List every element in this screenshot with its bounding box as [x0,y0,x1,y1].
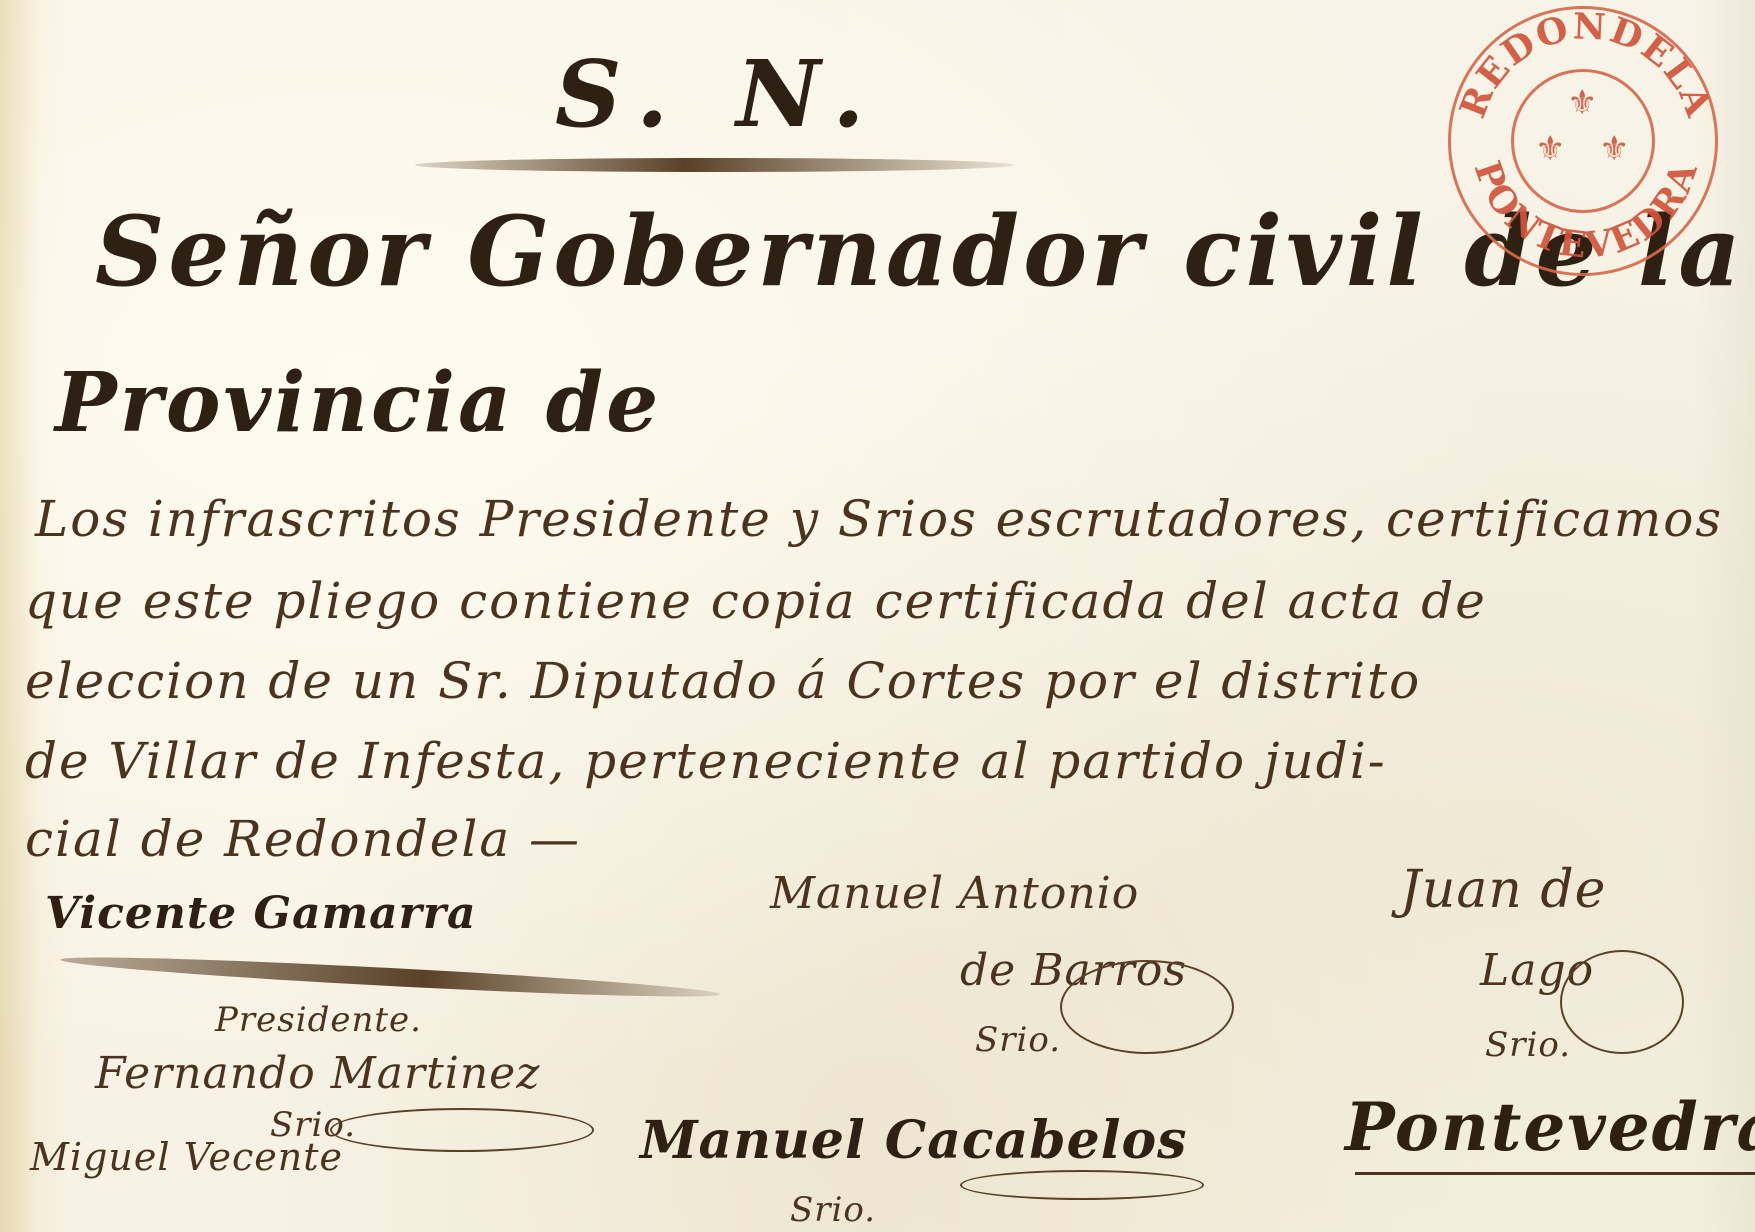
header-underline-flourish [415,158,1015,172]
destination-underline [1355,1172,1755,1175]
body-line-1: Los infrascritos Presidente y Srios escr… [35,490,1723,548]
scallop-shell-icon: ⚜ [1535,129,1565,169]
body-line-5: cial de Redondela — [25,810,581,868]
president-title: Presidente. [215,1000,422,1040]
secretary-3-title: Srio. [975,1020,1061,1060]
signature-flourish [1060,960,1234,1054]
signature-secretary-1: Fernando Martinez [95,1048,540,1099]
signature-president: Vicente Gamarra [45,888,477,939]
body-line-4: de Villar de Infesta, perteneciente al p… [25,732,1387,790]
signature-flourish [960,1170,1204,1200]
header-abbreviation: S. N. [555,40,882,148]
signature-secretary-5: Juan de [1400,860,1606,920]
signature-flourish [330,1108,594,1152]
signature-flourish [60,951,720,1004]
destination-city: Pontevedra [1345,1088,1755,1166]
secretary-4-title: Srio. [790,1190,876,1230]
signature-flourish [1560,950,1684,1054]
body-line-2: que este pliego contiene copia certifica… [25,572,1487,630]
signature-secretary-3: Manuel Antonio [770,868,1139,919]
salutation-line-2: Provincia de [55,355,661,451]
body-line-3: eleccion de un Sr. Diputado á Cortes por… [25,652,1421,710]
signature-secretary-4: Manuel Cacabelos [640,1110,1187,1171]
scallop-shell-icon: ⚜ [1567,83,1597,123]
signature-secretary-2: Miguel Vecente [30,1135,343,1179]
secretary-5-title: Srio. [1485,1025,1571,1065]
postmark-stamp: REDONDELA PONTEVEDRA ⚜ ⚜ ⚜ [1448,6,1718,276]
scallop-shell-icon: ⚜ [1599,129,1629,169]
